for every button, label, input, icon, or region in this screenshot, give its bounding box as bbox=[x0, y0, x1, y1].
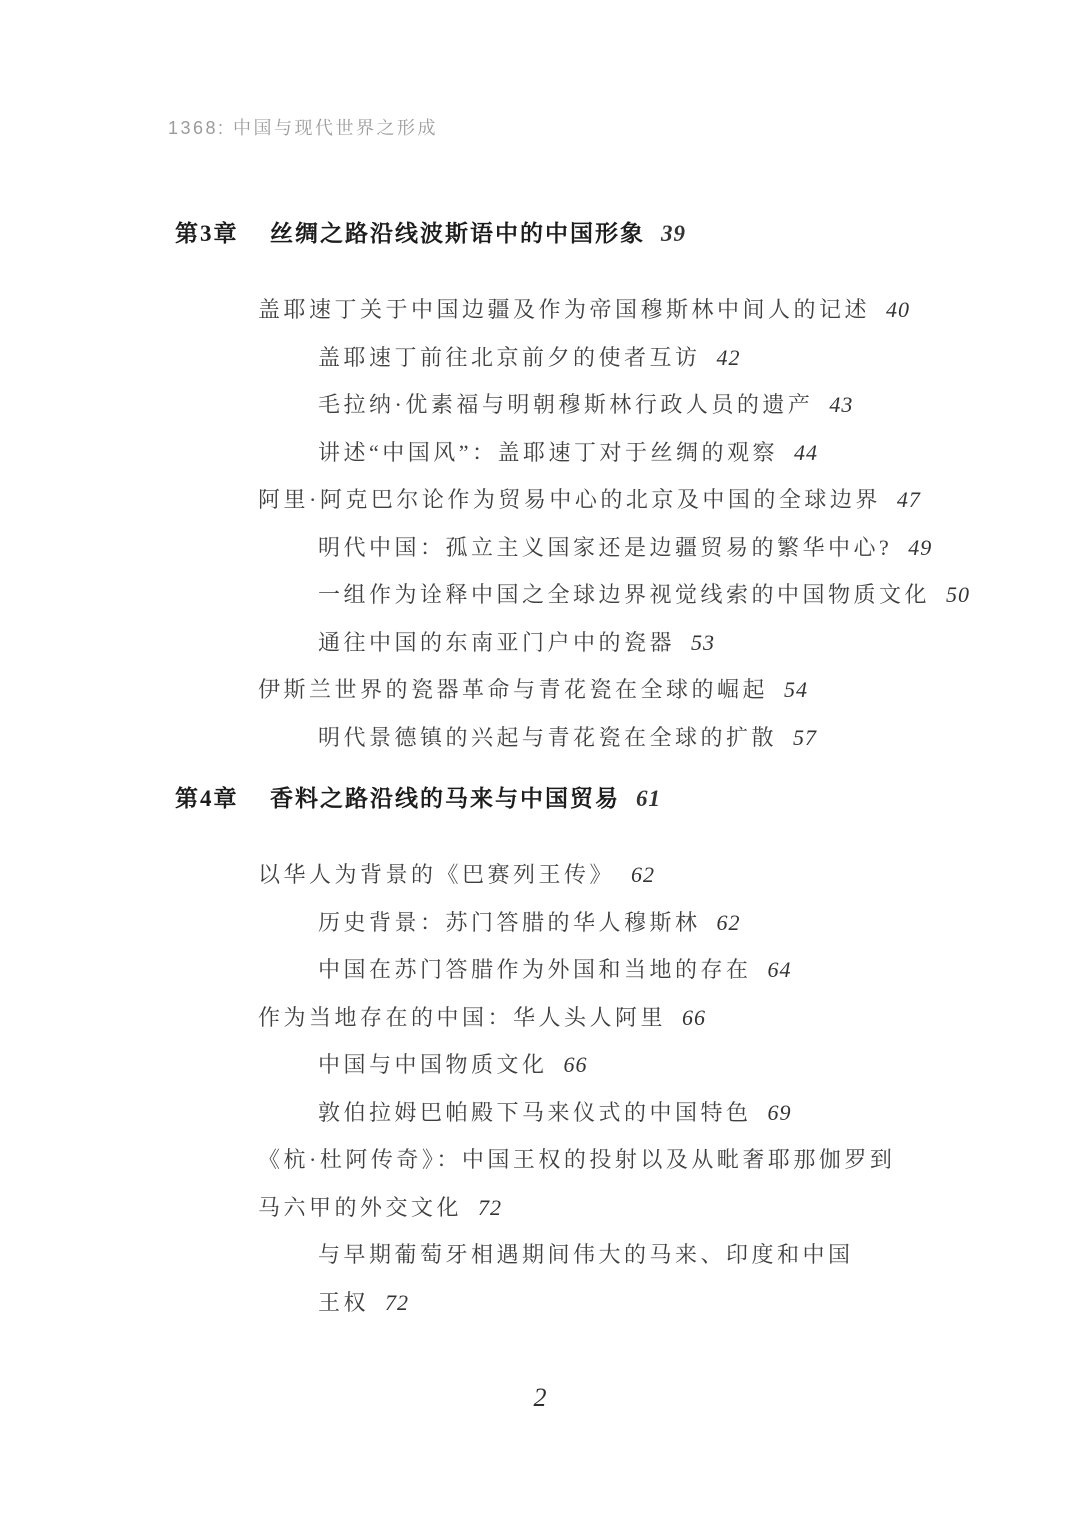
entry-page-number: 44 bbox=[794, 440, 818, 465]
page-number: 2 bbox=[0, 1383, 1080, 1413]
table-of-contents: 第3章丝绸之路沿线波斯语中的中国形象39盖耶速丁关于中国边疆及作为帝国穆斯林中间… bbox=[0, 210, 1080, 1326]
toc-entry: 《杭·杜阿传奇》：中国王权的投射以及从毗奢耶那伽罗到马六甲的外交文化72 bbox=[258, 1136, 1080, 1231]
entry-page-number: 43 bbox=[829, 392, 853, 417]
toc-entry: 通往中国的东南亚门户中的瓷器53 bbox=[318, 619, 1080, 667]
entry-title: 明代景德镇的兴起与青花瓷在全球的扩散 bbox=[318, 725, 777, 750]
toc-entry: 中国与中国物质文化66 bbox=[318, 1041, 1080, 1089]
toc-entry: 讲述“中国风”：盖耶速丁对于丝绸的观察44 bbox=[318, 429, 1080, 477]
entry-page-number: 53 bbox=[691, 630, 715, 655]
entry-title: 讲述“中国风”：盖耶速丁对于丝绸的观察 bbox=[318, 440, 778, 465]
entry-title: 明代中国：孤立主义国家还是边疆贸易的繁华中心? bbox=[318, 535, 892, 560]
entry-title: 盖耶速丁关于中国边疆及作为帝国穆斯林中间人的记述 bbox=[258, 297, 870, 322]
entry-page-number: 62 bbox=[717, 910, 741, 935]
entry-title: 阿里·阿克巴尔论作为贸易中心的北京及中国的全球边界 bbox=[258, 487, 881, 512]
toc-entry: 历史背景：苏门答腊的华人穆斯林62 bbox=[318, 899, 1080, 947]
entry-page-number: 49 bbox=[908, 535, 932, 560]
entry-page-number: 42 bbox=[717, 345, 741, 370]
entry-title: 毛拉纳·优素福与明朝穆斯林行政人员的遗产 bbox=[318, 392, 813, 417]
document-page: 1368: 中国与现代世界之形成 第3章丝绸之路沿线波斯语中的中国形象39盖耶速… bbox=[0, 0, 1080, 1515]
entry-page-number: 72 bbox=[385, 1290, 409, 1315]
entry-page-number: 69 bbox=[768, 1100, 792, 1125]
entry-title: 通往中国的东南亚门户中的瓷器 bbox=[318, 630, 675, 655]
chapter-title: 丝绸之路沿线波斯语中的中国形象 bbox=[270, 221, 645, 246]
toc-entry: 毛拉纳·优素福与明朝穆斯林行政人员的遗产43 bbox=[318, 381, 1080, 429]
chapter-page-number: 39 bbox=[661, 221, 686, 246]
entry-title-continued: 王权 bbox=[318, 1290, 369, 1315]
entry-page-number: 57 bbox=[793, 725, 817, 750]
entry-title: 《杭·杜阿传奇》：中国王权的投射以及从毗奢耶那伽罗到 bbox=[258, 1147, 895, 1172]
entry-title: 中国在苏门答腊作为外国和当地的存在 bbox=[318, 957, 752, 982]
entry-page-number: 47 bbox=[897, 487, 921, 512]
entry-title: 伊斯兰世界的瓷器革命与青花瓷在全球的崛起 bbox=[258, 677, 768, 702]
toc-chapter-heading: 第4章香料之路沿线的马来与中国贸易61 bbox=[175, 775, 1080, 823]
chapter-label: 第4章 bbox=[175, 775, 270, 823]
toc-entry: 中国在苏门答腊作为外国和当地的存在64 bbox=[318, 946, 1080, 994]
toc-entry: 以华人为背景的《巴赛列王传》62 bbox=[258, 851, 1080, 899]
entry-page-number: 66 bbox=[682, 1005, 706, 1030]
toc-entry: 一组作为诠释中国之全球边界视觉线索的中国物质文化50 bbox=[318, 571, 1080, 619]
entry-title: 与早期葡萄牙相遇期间伟大的马来、印度和中国 bbox=[318, 1242, 854, 1267]
entry-title: 作为当地存在的中国：华人头人阿里 bbox=[258, 1005, 666, 1030]
toc-entry: 伊斯兰世界的瓷器革命与青花瓷在全球的崛起54 bbox=[258, 666, 1080, 714]
chapter-title: 香料之路沿线的马来与中国贸易 bbox=[270, 786, 620, 811]
entry-title: 中国与中国物质文化 bbox=[318, 1052, 548, 1077]
toc-entry: 盖耶速丁关于中国边疆及作为帝国穆斯林中间人的记述40 bbox=[258, 286, 1080, 334]
toc-entry: 敦伯拉姆巴帕殿下马来仪式的中国特色69 bbox=[318, 1089, 1080, 1137]
entry-page-number: 62 bbox=[631, 862, 655, 887]
chapter-page-number: 61 bbox=[636, 786, 661, 811]
entry-page-number: 40 bbox=[886, 297, 910, 322]
entry-title-continued: 马六甲的外交文化 bbox=[258, 1195, 462, 1220]
toc-entry: 作为当地存在的中国：华人头人阿里66 bbox=[258, 994, 1080, 1042]
toc-entry: 明代中国：孤立主义国家还是边疆贸易的繁华中心?49 bbox=[318, 524, 1080, 572]
toc-entry: 明代景德镇的兴起与青花瓷在全球的扩散57 bbox=[318, 714, 1080, 762]
entry-title: 以华人为背景的《巴赛列王传》 bbox=[258, 862, 615, 887]
chapter-label: 第3章 bbox=[175, 210, 270, 258]
entry-page-number: 64 bbox=[768, 957, 792, 982]
running-header: 1368: 中国与现代世界之形成 bbox=[168, 114, 438, 140]
entry-title: 敦伯拉姆巴帕殿下马来仪式的中国特色 bbox=[318, 1100, 752, 1125]
entry-page-number: 54 bbox=[784, 677, 808, 702]
toc-chapter-heading: 第3章丝绸之路沿线波斯语中的中国形象39 bbox=[175, 210, 1080, 258]
toc-entry: 盖耶速丁前往北京前夕的使者互访42 bbox=[318, 334, 1080, 382]
toc-entry: 与早期葡萄牙相遇期间伟大的马来、印度和中国王权72 bbox=[318, 1231, 1080, 1326]
toc-entry: 阿里·阿克巴尔论作为贸易中心的北京及中国的全球边界47 bbox=[258, 476, 1080, 524]
entry-page-number: 66 bbox=[564, 1052, 588, 1077]
entry-page-number: 72 bbox=[478, 1195, 502, 1220]
entry-title: 盖耶速丁前往北京前夕的使者互访 bbox=[318, 345, 701, 370]
entry-title: 历史背景：苏门答腊的华人穆斯林 bbox=[318, 910, 701, 935]
entry-title: 一组作为诠释中国之全球边界视觉线索的中国物质文化 bbox=[318, 582, 930, 607]
entry-page-number: 50 bbox=[946, 582, 970, 607]
